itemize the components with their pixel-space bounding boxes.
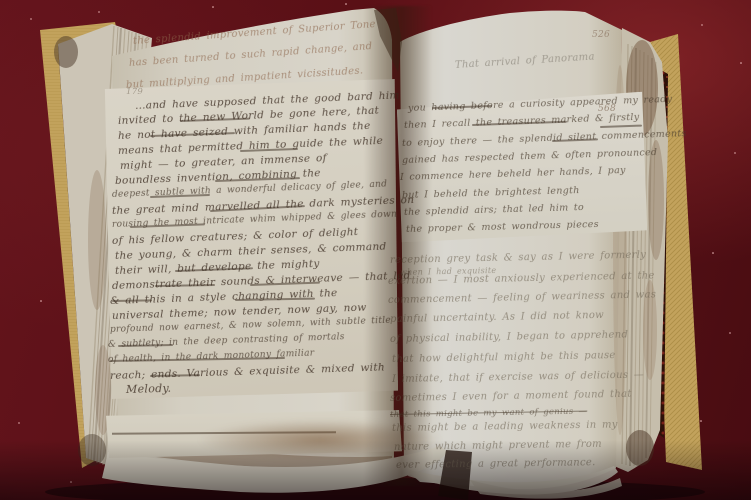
- page-number: 526: [592, 30, 610, 40]
- closing-word: Melody.: [126, 382, 172, 396]
- folio-number: 179: [126, 87, 143, 97]
- photo-of-open-manuscript-book: the splendid improvement of Superior Ton…: [0, 0, 751, 500]
